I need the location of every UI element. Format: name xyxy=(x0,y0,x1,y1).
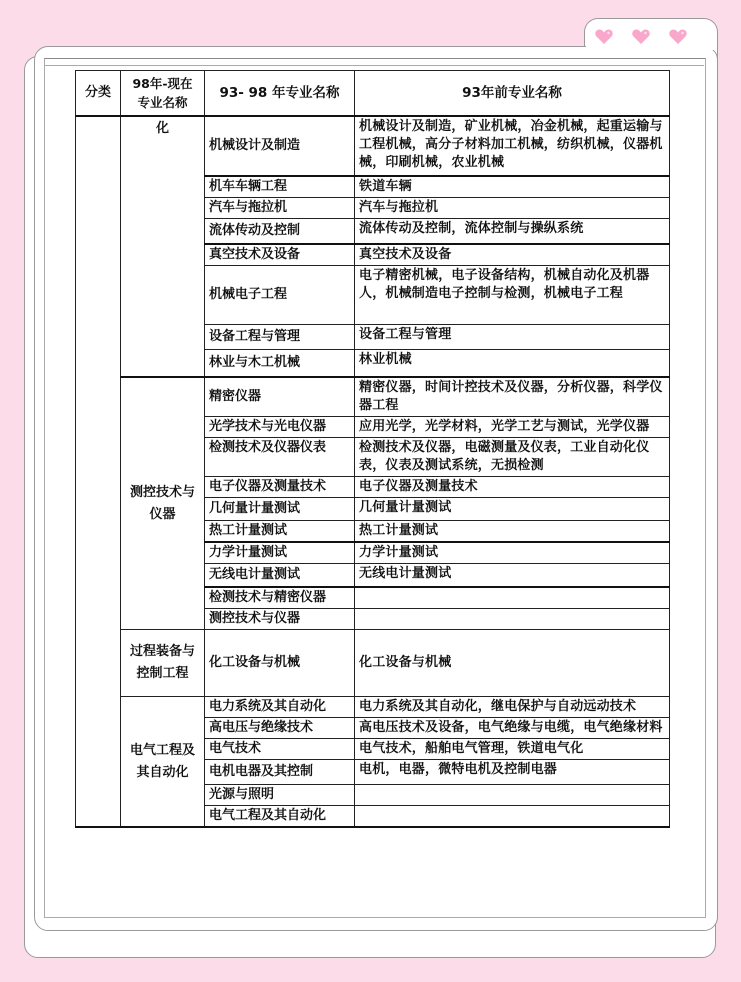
heart-icon xyxy=(594,27,614,47)
old-major-cell: 应用光学，光学材料，光学工艺与测试，光学仪器 xyxy=(355,417,670,438)
mid-major-cell: 电力系统及其自动化 xyxy=(205,697,355,718)
old-major-cell: 化工设备与机械 xyxy=(355,630,670,697)
old-major-cell: 设备工程与管理 xyxy=(355,325,670,350)
mid-major-cell: 光源与照明 xyxy=(205,785,355,806)
current-major-cell: 电气工程及其自动化 xyxy=(121,697,205,828)
mid-major-cell: 力学计量测试 xyxy=(205,542,355,564)
old-major-cell: 汽车与拖拉机 xyxy=(355,198,670,219)
mid-major-cell: 热工计量测试 xyxy=(205,521,355,543)
hearts-decoration xyxy=(594,27,688,47)
mid-major-cell: 电子仪器及测量技术 xyxy=(205,477,355,498)
mid-major-cell: 电气工程及其自动化 xyxy=(205,806,355,828)
old-major-cell: 几何量计量测试 xyxy=(355,498,670,521)
old-major-cell: 电机，电器，微特电机及控制电器 xyxy=(355,760,670,785)
mid-major-cell: 高电压与绝缘技术 xyxy=(205,718,355,739)
old-major-cell: 电气技术，船舶电气管理，铁道电气化 xyxy=(355,739,670,760)
header-current-line1: 98年-现在 xyxy=(132,76,192,91)
mid-major-cell: 机械电子工程 xyxy=(205,266,355,325)
old-major-cell: 铁道车辆 xyxy=(355,176,670,198)
table-row: 测控技术与仪器 精密仪器 精密仪器，时间计控技术及仪器，分析仪器，科学仪器工程 xyxy=(76,377,670,417)
current-major-cell: 测控技术与仪器 xyxy=(121,377,205,630)
mid-major-cell: 林业与木工机械 xyxy=(205,350,355,378)
mid-major-cell: 汽车与拖拉机 xyxy=(205,198,355,219)
old-major-cell: 精密仪器，时间计控技术及仪器，分析仪器，科学仪器工程 xyxy=(355,377,670,417)
old-major-cell: 电力系统及其自动化，继电保护与自动远动技术 xyxy=(355,697,670,718)
old-major-cell: 检测技术及仪器，电磁测量及仪表，工业自动化仪表，仪表及测试系统，无损检测 xyxy=(355,438,670,477)
mid-major-cell: 机械设计及制造 xyxy=(205,116,355,176)
header-pre-93-major: 93年前专业名称 xyxy=(355,71,670,117)
header-current-line2: 专业名称 xyxy=(137,95,187,110)
old-major-cell xyxy=(355,587,670,609)
old-major-cell: 热工计量测试 xyxy=(355,521,670,543)
mid-major-cell: 几何量计量测试 xyxy=(205,498,355,521)
current-major-cell: 化 xyxy=(121,116,205,377)
header-93-98-major: 93- 98 年专业名称 xyxy=(205,71,355,117)
major-mapping-table: 分类 98年-现在专业名称 93- 98 年专业名称 93年前专业名称 化 机械… xyxy=(75,70,670,828)
old-major-cell: 高电压技术及设备，电气绝缘与电缆，电气绝缘材料 xyxy=(355,718,670,739)
header-current-major: 98年-现在专业名称 xyxy=(121,71,205,117)
mid-major-cell: 真空技术及设备 xyxy=(205,244,355,266)
old-major-cell xyxy=(355,609,670,630)
mid-major-cell: 电机电器及其控制 xyxy=(205,760,355,785)
old-major-cell: 机械设计及制造，矿业机械，冶金机械，起重运输与工程机械，高分子材料加工机械，纺织… xyxy=(355,116,670,176)
old-major-cell: 电子精密机械，电子设备结构，机械自动化及机器人，机械制造电子控制与检测，机械电子… xyxy=(355,266,670,325)
old-major-cell: 真空技术及设备 xyxy=(355,244,670,266)
current-major-cell: 过程装备与控制工程 xyxy=(121,630,205,697)
old-major-cell: 电子仪器及测量技术 xyxy=(355,477,670,498)
heart-icon xyxy=(631,27,651,47)
old-major-cell: 无线电计量测试 xyxy=(355,564,670,588)
mid-major-cell: 机车车辆工程 xyxy=(205,176,355,198)
old-major-cell: 流体传动及控制，流体控制与操纵系统 xyxy=(355,219,670,245)
header-category: 分类 xyxy=(76,71,121,117)
mid-major-cell: 电气技术 xyxy=(205,739,355,760)
table-row: 电气工程及其自动化 电力系统及其自动化 电力系统及其自动化，继电保护与自动远动技… xyxy=(76,697,670,718)
heart-icon xyxy=(668,27,688,47)
old-major-cell: 力学计量测试 xyxy=(355,542,670,564)
mid-major-cell: 无线电计量测试 xyxy=(205,564,355,588)
old-major-cell: 林业机械 xyxy=(355,350,670,378)
table-row: 过程装备与控制工程 化工设备与机械 化工设备与机械 xyxy=(76,630,670,697)
mid-major-cell: 流体传动及控制 xyxy=(205,219,355,245)
mid-major-cell: 精密仪器 xyxy=(205,377,355,417)
old-major-cell xyxy=(355,806,670,828)
mid-major-cell: 测控技术与仪器 xyxy=(205,609,355,630)
table-row: 化 机械设计及制造 机械设计及制造，矿业机械，冶金机械，起重运输与工程机械，高分… xyxy=(76,116,670,176)
mid-major-cell: 检测技术及仪器仪表 xyxy=(205,438,355,477)
mid-major-cell: 设备工程与管理 xyxy=(205,325,355,350)
mid-major-cell: 光学技术与光电仪器 xyxy=(205,417,355,438)
page-frame-header xyxy=(44,58,704,66)
mid-major-cell: 检测技术与精密仪器 xyxy=(205,587,355,609)
old-major-cell xyxy=(355,785,670,806)
mid-major-cell: 化工设备与机械 xyxy=(205,630,355,697)
table-header-row: 分类 98年-现在专业名称 93- 98 年专业名称 93年前专业名称 xyxy=(76,71,670,117)
category-cell xyxy=(76,116,121,827)
